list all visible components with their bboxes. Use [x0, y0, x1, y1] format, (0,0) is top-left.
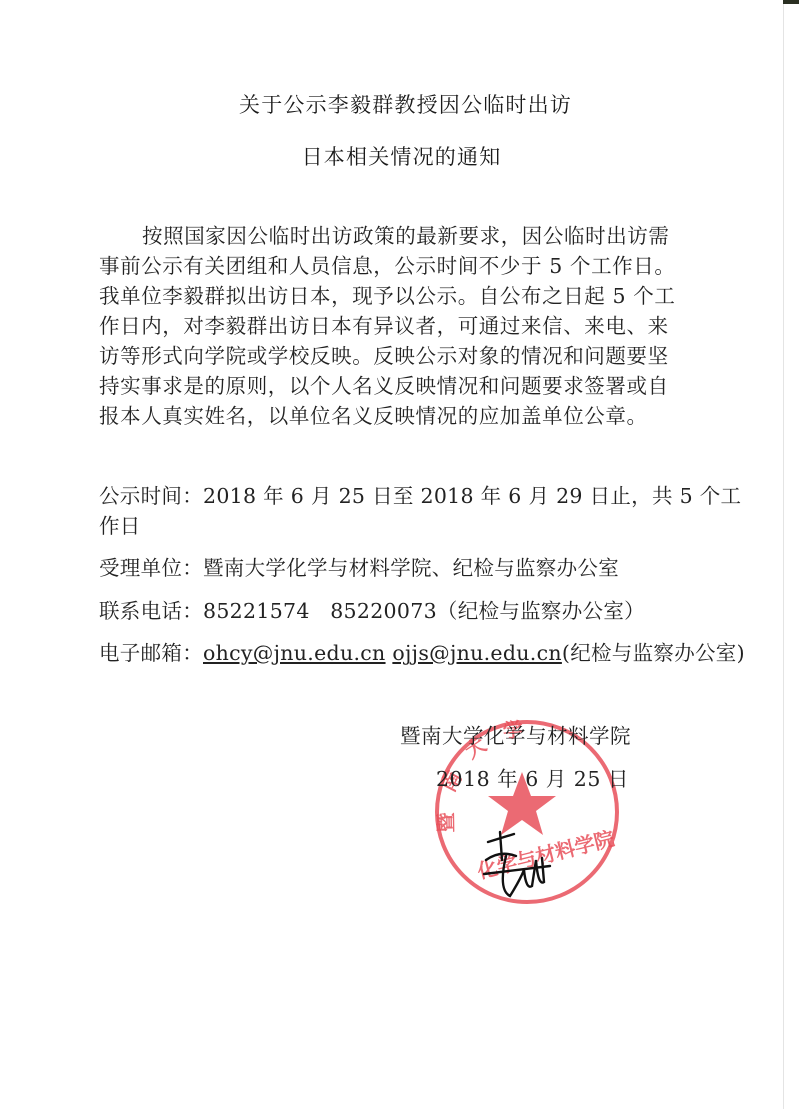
signature-date: 2018 年 6 月 25 日 — [436, 762, 629, 792]
document-title-line2: 日本相关情况的通知 — [2, 141, 799, 171]
document-title-line1: 关于公示李毅群教授因公临时出访 — [6, 89, 799, 119]
unit-row: 受理单位：暨南大学化学与材料学院、纪检与监察办公室 — [99, 551, 619, 581]
signature-org: 暨南大学化学与材料学院 — [400, 719, 631, 749]
scan-corner-mark — [783, 0, 799, 4]
period-value: 2018 年 6 月 25 日至 2018 年 6 月 29 日止，共 5 个工 — [203, 484, 741, 508]
email-label: 电子邮箱： — [99, 641, 203, 665]
body-line: 持实事求是的原则，以个人名义反映情况和问题要求签署或自 — [99, 371, 669, 401]
email-link-1[interactable]: ohcy@jnu.edu.cn — [203, 641, 386, 665]
period-row: 公示时间：2018 年 6 月 25 日至 2018 年 6 月 29 日止，共… — [99, 479, 741, 509]
unit-value: 暨南大学化学与材料学院、纪检与监察办公室 — [203, 556, 619, 580]
unit-label: 受理单位： — [99, 556, 203, 580]
body-line: 按照国家因公临时出访政策的最新要求，因公临时出访需 — [142, 221, 670, 251]
period-row-cont: 作日 — [99, 509, 141, 539]
body-line: 事前公示有关团组和人员信息，公示时间不少于 5 个工作日。 — [99, 251, 675, 281]
body-line: 我单位李毅群拟出访日本，现予以公示。自公布之日起 5 个工 — [99, 281, 675, 311]
phone-value: 85221574 85220073（纪检与监察办公室） — [203, 599, 645, 623]
body-line: 报本人真实姓名，以单位名义反映情况的应加盖单位公章。 — [99, 401, 648, 431]
phone-row: 联系电话：85221574 85220073（纪检与监察办公室） — [99, 594, 645, 624]
phone-label: 联系电话： — [99, 599, 203, 623]
email-row: 电子邮箱：ohcy@jnu.edu.cn ojjs@jnu.edu.cn(纪检与… — [99, 636, 745, 666]
email-link-2[interactable]: ojjs@jnu.edu.cn — [392, 641, 562, 665]
body-line: 作日内，对李毅群出访日本有异议者，可通过来信、来电、来 — [99, 311, 669, 341]
stamp-bottom-text: 化学与材料学院 — [474, 826, 617, 883]
email-note: (纪检与监察办公室) — [562, 641, 745, 665]
handwritten-signature — [480, 830, 560, 900]
period-label: 公示时间： — [99, 484, 203, 508]
body-line: 访等形式向学院或学校反映。反映公示对象的情况和问题要坚 — [99, 341, 669, 371]
